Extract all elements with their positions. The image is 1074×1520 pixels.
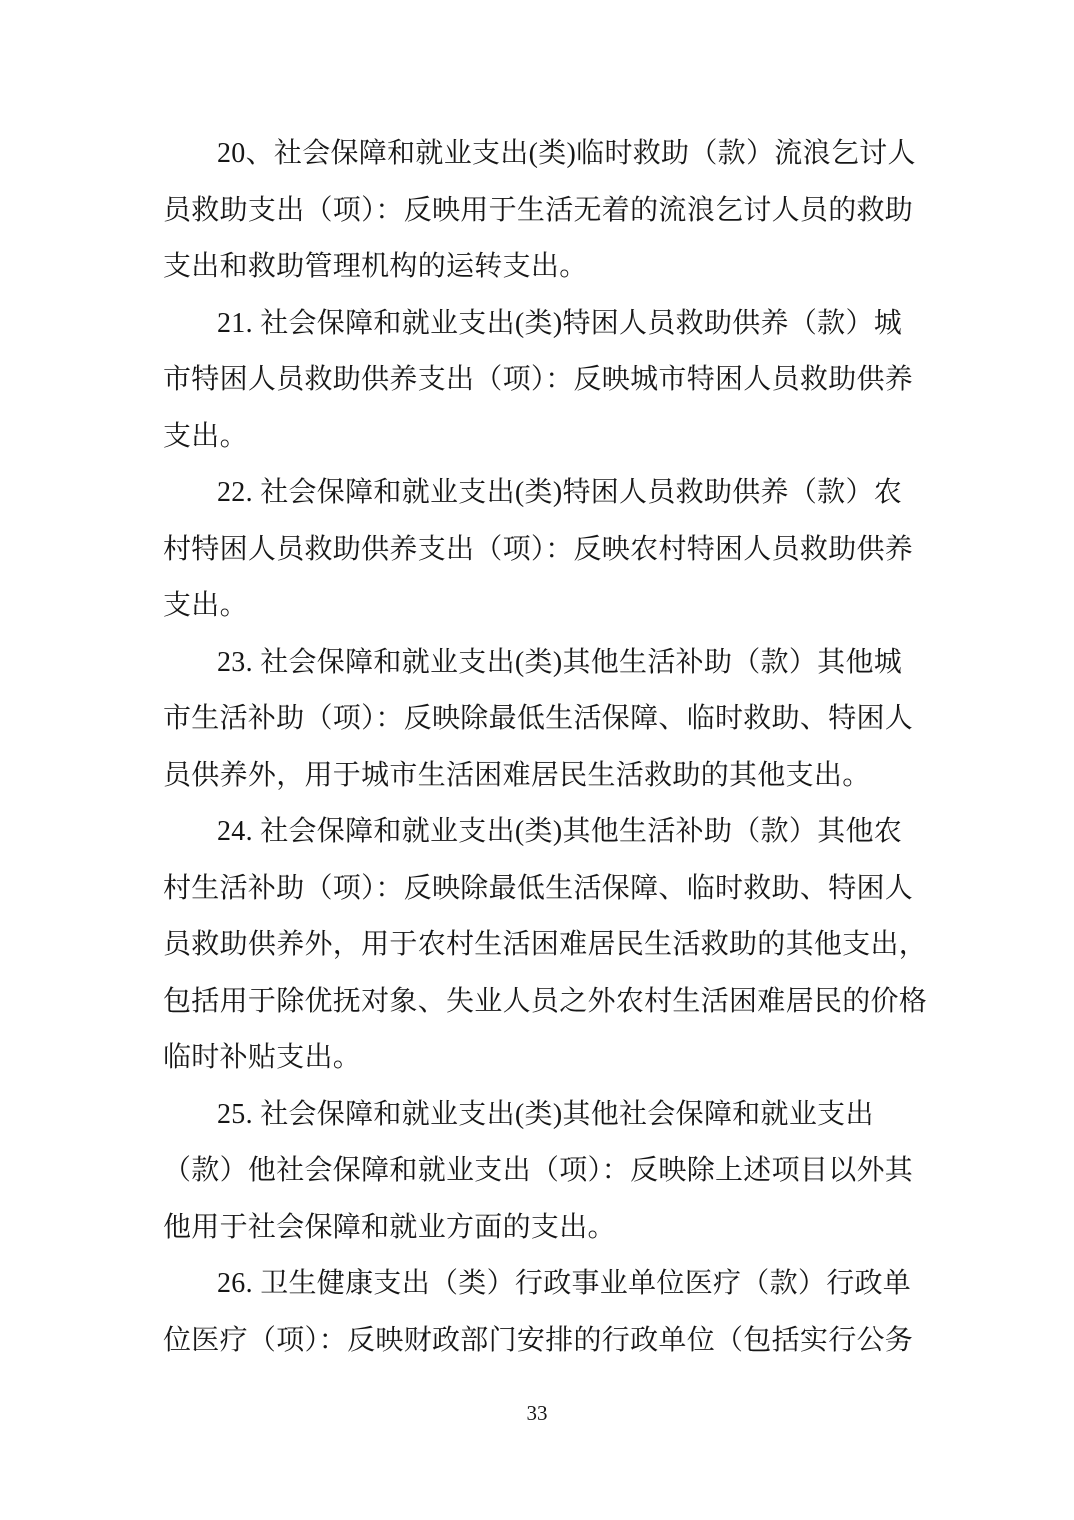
document-page: 20、社会保障和就业支出(类)临时救助（款）流浪乞讨人 员救助支出（项）：反映用… [0, 0, 1074, 1520]
paragraph-26-line-1: 26. 卫生健康支出（类）行政事业单位医疗（款）行政单 [163, 1256, 933, 1313]
page-number: 33 [0, 1398, 1074, 1428]
paragraph-22-line-1: 22. 社会保障和就业支出(类)特困人员救助供养（款）农 [163, 465, 933, 522]
paragraph-21-line-3: 支出。 [163, 409, 933, 466]
paragraph-26-line-2: 位医疗（项）：反映财政部门安排的行政单位（包括实行公务 [163, 1313, 933, 1370]
paragraph-25-line-3: 他用于社会保障和就业方面的支出。 [163, 1200, 933, 1257]
paragraph-24-line-1: 24. 社会保障和就业支出(类)其他生活补助（款）其他农 [163, 804, 933, 861]
paragraph-21-line-1: 21. 社会保障和就业支出(类)特困人员救助供养（款）城 [163, 296, 933, 353]
paragraph-23-line-2: 市生活补助（项）：反映除最低生活保障、临时救助、特困人 [163, 691, 933, 748]
paragraph-23-line-1: 23. 社会保障和就业支出(类)其他生活补助（款）其他城 [163, 635, 933, 692]
body-text: 20、社会保障和就业支出(类)临时救助（款）流浪乞讨人 员救助支出（项）：反映用… [163, 126, 933, 1369]
paragraph-23-line-3: 员供养外，用于城市生活困难居民生活救助的其他支出。 [163, 748, 933, 805]
paragraph-20-line-2: 员救助支出（项）：反映用于生活无着的流浪乞讨人员的救助 [163, 183, 933, 240]
paragraph-22-line-3: 支出。 [163, 578, 933, 635]
paragraph-21-line-2: 市特困人员救助供养支出（项）：反映城市特困人员救助供养 [163, 352, 933, 409]
paragraph-20-line-1: 20、社会保障和就业支出(类)临时救助（款）流浪乞讨人 [163, 126, 933, 183]
paragraph-24-line-3: 员救助供养外，用于农村生活困难居民生活救助的其他支出， [163, 917, 933, 974]
paragraph-20-line-3: 支出和救助管理机构的运转支出。 [163, 239, 933, 296]
paragraph-24-line-2: 村生活补助（项）：反映除最低生活保障、临时救助、特困人 [163, 861, 933, 918]
paragraph-25-line-2: （款）他社会保障和就业支出（项）：反映除上述项目以外其 [163, 1143, 933, 1200]
paragraph-24-line-5: 临时补贴支出。 [163, 1030, 933, 1087]
paragraph-22-line-2: 村特困人员救助供养支出（项）：反映农村特困人员救助供养 [163, 522, 933, 579]
paragraph-24-line-4: 包括用于除优抚对象、失业人员之外农村生活困难居民的价格 [163, 974, 933, 1031]
paragraph-25-line-1: 25. 社会保障和就业支出(类)其他社会保障和就业支出 [163, 1087, 933, 1144]
